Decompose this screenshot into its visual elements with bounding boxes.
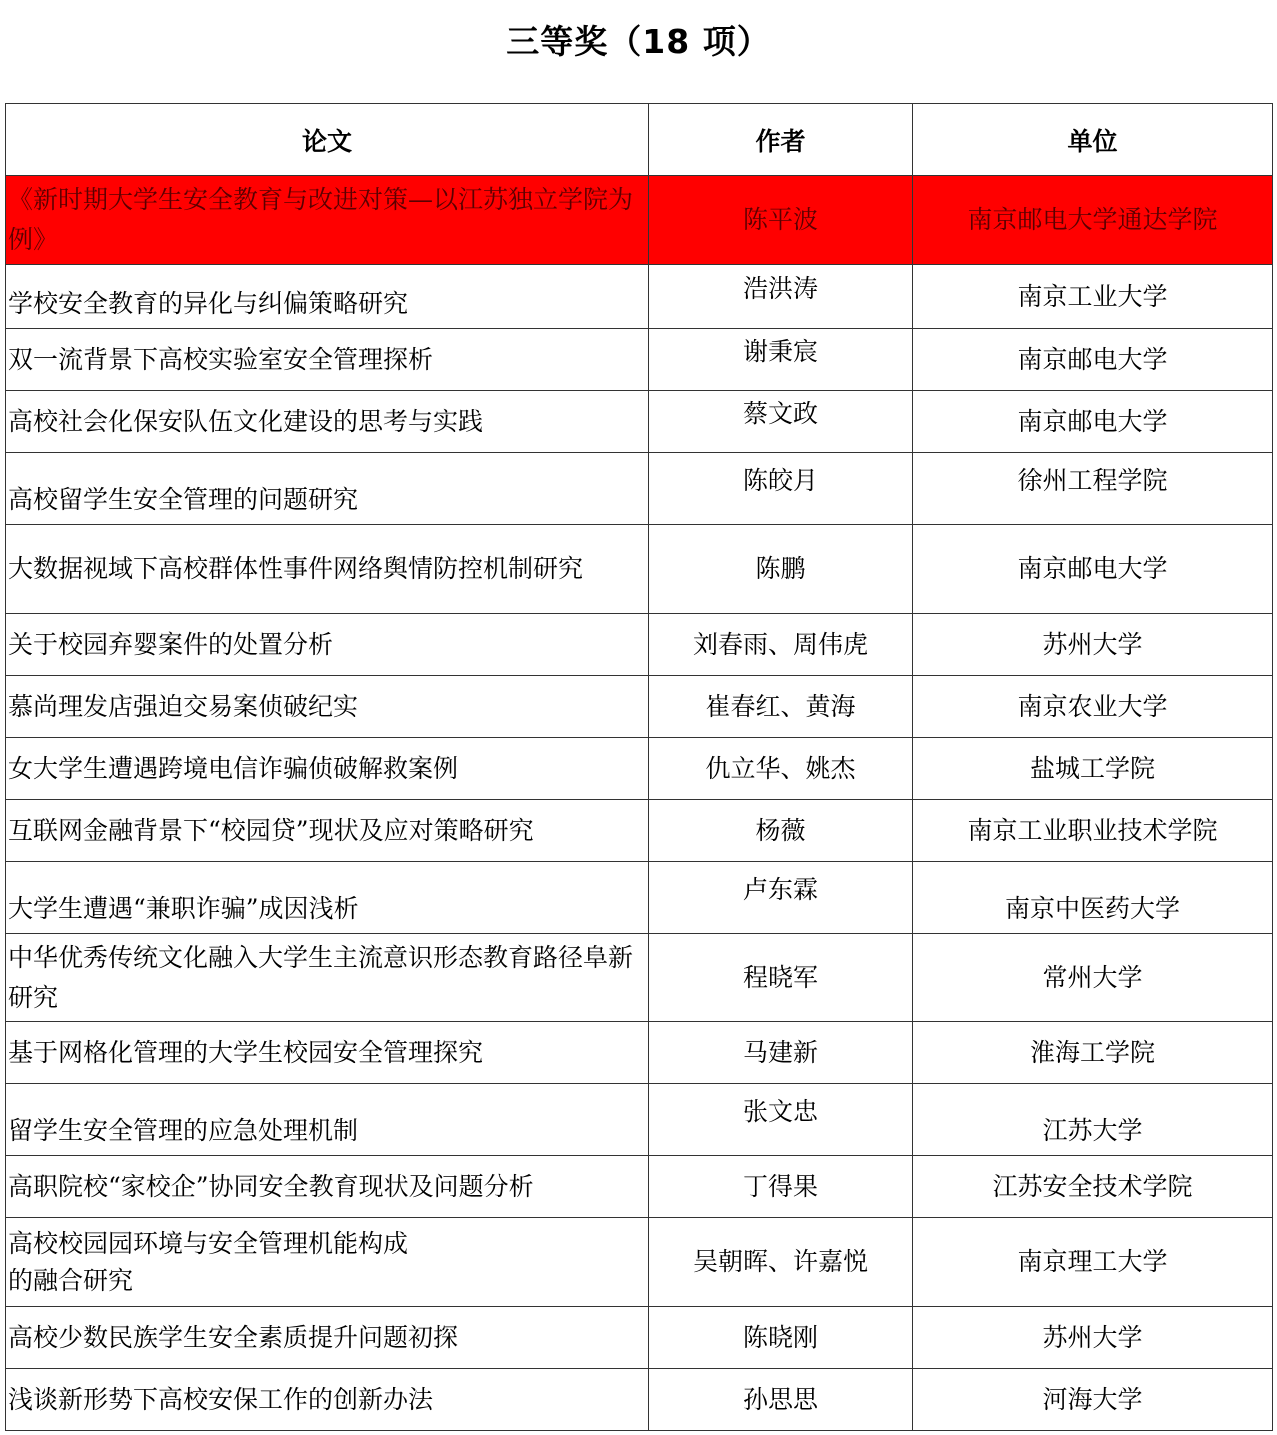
- unit: 河海大学: [913, 1369, 1273, 1431]
- table-row: 高校留学生安全管理的问题研究 陈皎月 徐州工程学院: [6, 453, 1273, 525]
- table-row: 基于网格化管理的大学生校园安全管理探究 马建新 淮海工学院: [6, 1022, 1273, 1084]
- table-row: 中华优秀传统文化融入大学生主流意识形态教育路径阜新研究 程晓军 常州大学: [6, 934, 1273, 1022]
- author: 丁得果: [649, 1156, 913, 1218]
- unit: 南京邮电大学: [913, 525, 1273, 614]
- paper-title: 关于校园弃婴案件的处置分析: [6, 614, 649, 676]
- table-row: 高校少数民族学生安全素质提升问题初探 陈晓刚 苏州大学: [6, 1307, 1273, 1369]
- unit: 江苏安全技术学院: [913, 1156, 1273, 1218]
- unit: 南京邮电大学: [913, 329, 1273, 391]
- paper-title: 女大学生遭遇跨境电信诈骗侦破解救案例: [6, 738, 649, 800]
- author: 陈晓刚: [649, 1307, 913, 1369]
- author: 程晓军: [649, 934, 913, 1022]
- unit: 江苏大学: [913, 1084, 1273, 1156]
- author: 陈鹏: [649, 525, 913, 614]
- paper-title: 大数据视域下高校群体性事件网络舆情防控机制研究: [6, 525, 649, 614]
- paper-title: 中华优秀传统文化融入大学生主流意识形态教育路径阜新研究: [6, 934, 649, 1022]
- paper-title: 互联网金融背景下“校园贷”现状及应对策略研究: [6, 800, 649, 862]
- unit: 南京邮电大学通达学院: [913, 176, 1273, 265]
- table-row: 女大学生遭遇跨境电信诈骗侦破解救案例 仇立华、姚杰 盐城工学院: [6, 738, 1273, 800]
- table-row: 留学生安全管理的应急处理机制 张文忠 江苏大学: [6, 1084, 1273, 1156]
- unit: 南京工业职业技术学院: [913, 800, 1273, 862]
- unit: 常州大学: [913, 934, 1273, 1022]
- author: 刘春雨、周伟虎: [649, 614, 913, 676]
- paper-title: 《新时期大学生安全教育与改进对策—以江苏独立学院为例》: [6, 176, 649, 265]
- unit: 徐州工程学院: [1017, 466, 1167, 495]
- table-header-row: 论文 作者 单位: [6, 104, 1273, 176]
- paper-title: 高校少数民族学生安全素质提升问题初探: [6, 1307, 649, 1369]
- paper-title: 基于网格化管理的大学生校园安全管理探究: [6, 1022, 649, 1084]
- unit: 苏州大学: [913, 614, 1273, 676]
- author: 吴朝晖、许嘉悦: [649, 1218, 913, 1307]
- header-unit: 单位: [913, 104, 1273, 176]
- unit: 盐城工学院: [913, 738, 1273, 800]
- table-row: 互联网金融背景下“校园贷”现状及应对策略研究 杨薇 南京工业职业技术学院: [6, 800, 1273, 862]
- paper-title: 高校留学生安全管理的问题研究: [6, 453, 649, 525]
- table-row: 大学生遭遇“兼职诈骗”成因浅析 卢东霖 南京中医药大学: [6, 862, 1273, 934]
- paper-title: 留学生安全管理的应急处理机制: [6, 1084, 649, 1156]
- author: 孙思思: [649, 1369, 913, 1431]
- author: 谢秉宸: [743, 337, 818, 366]
- author: 陈皎月: [743, 466, 818, 495]
- unit: 南京农业大学: [913, 676, 1273, 738]
- author: 陈平波: [649, 176, 913, 265]
- table-row-highlighted: 《新时期大学生安全教育与改进对策—以江苏独立学院为例》 陈平波 南京邮电大学通达…: [6, 176, 1273, 265]
- paper-title: 大学生遭遇“兼职诈骗”成因浅析: [6, 862, 649, 934]
- paper-title: 慕尚理发店强迫交易案侦破纪实: [6, 676, 649, 738]
- table-row: 大数据视域下高校群体性事件网络舆情防控机制研究 陈鹏 南京邮电大学: [6, 525, 1273, 614]
- unit: 南京中医药大学: [913, 862, 1273, 934]
- author: 杨薇: [649, 800, 913, 862]
- page-title: 三等奖（18 项）: [0, 18, 1277, 66]
- author: 崔春红、黄海: [649, 676, 913, 738]
- author: 仇立华、姚杰: [649, 738, 913, 800]
- paper-title: 浅谈新形势下高校安保工作的创新办法: [6, 1369, 649, 1431]
- paper-title: 学校安全教育的异化与纠偏策略研究: [6, 265, 649, 329]
- unit: 南京理工大学: [913, 1218, 1273, 1307]
- author: 马建新: [649, 1022, 913, 1084]
- paper-title: 高职院校“家校企”协同安全教育现状及问题分析: [6, 1156, 649, 1218]
- paper-title: 高校社会化保安队伍文化建设的思考与实践: [6, 391, 649, 453]
- author: 卢东霖: [743, 875, 818, 904]
- table-row: 学校安全教育的异化与纠偏策略研究 浩洪涛 南京工业大学: [6, 265, 1273, 329]
- header-author: 作者: [649, 104, 913, 176]
- paper-title: 双一流背景下高校实验室安全管理探析: [6, 329, 649, 391]
- unit: 淮海工学院: [913, 1022, 1273, 1084]
- header-paper: 论文: [6, 104, 649, 176]
- table-row: 高校社会化保安队伍文化建设的思考与实践 蔡文政 南京邮电大学: [6, 391, 1273, 453]
- paper-title: 高校校园园环境与安全管理机能构成 的融合研究: [6, 1218, 649, 1307]
- author: 浩洪涛: [743, 274, 818, 303]
- table-row: 关于校园弃婴案件的处置分析 刘春雨、周伟虎 苏州大学: [6, 614, 1273, 676]
- table-row: 双一流背景下高校实验室安全管理探析 谢秉宸 南京邮电大学: [6, 329, 1273, 391]
- table-row: 高校校园园环境与安全管理机能构成 的融合研究 吴朝晖、许嘉悦 南京理工大学: [6, 1218, 1273, 1307]
- unit: 南京工业大学: [913, 265, 1273, 329]
- award-table: 论文 作者 单位 《新时期大学生安全教育与改进对策—以江苏独立学院为例》 陈平波…: [5, 103, 1273, 1431]
- table-row: 高职院校“家校企”协同安全教育现状及问题分析 丁得果 江苏安全技术学院: [6, 1156, 1273, 1218]
- table-row: 慕尚理发店强迫交易案侦破纪实 崔春红、黄海 南京农业大学: [6, 676, 1273, 738]
- unit: 南京邮电大学: [913, 391, 1273, 453]
- table-row: 浅谈新形势下高校安保工作的创新办法 孙思思 河海大学: [6, 1369, 1273, 1431]
- author: 张文忠: [743, 1097, 818, 1126]
- author: 蔡文政: [743, 399, 818, 428]
- unit: 苏州大学: [913, 1307, 1273, 1369]
